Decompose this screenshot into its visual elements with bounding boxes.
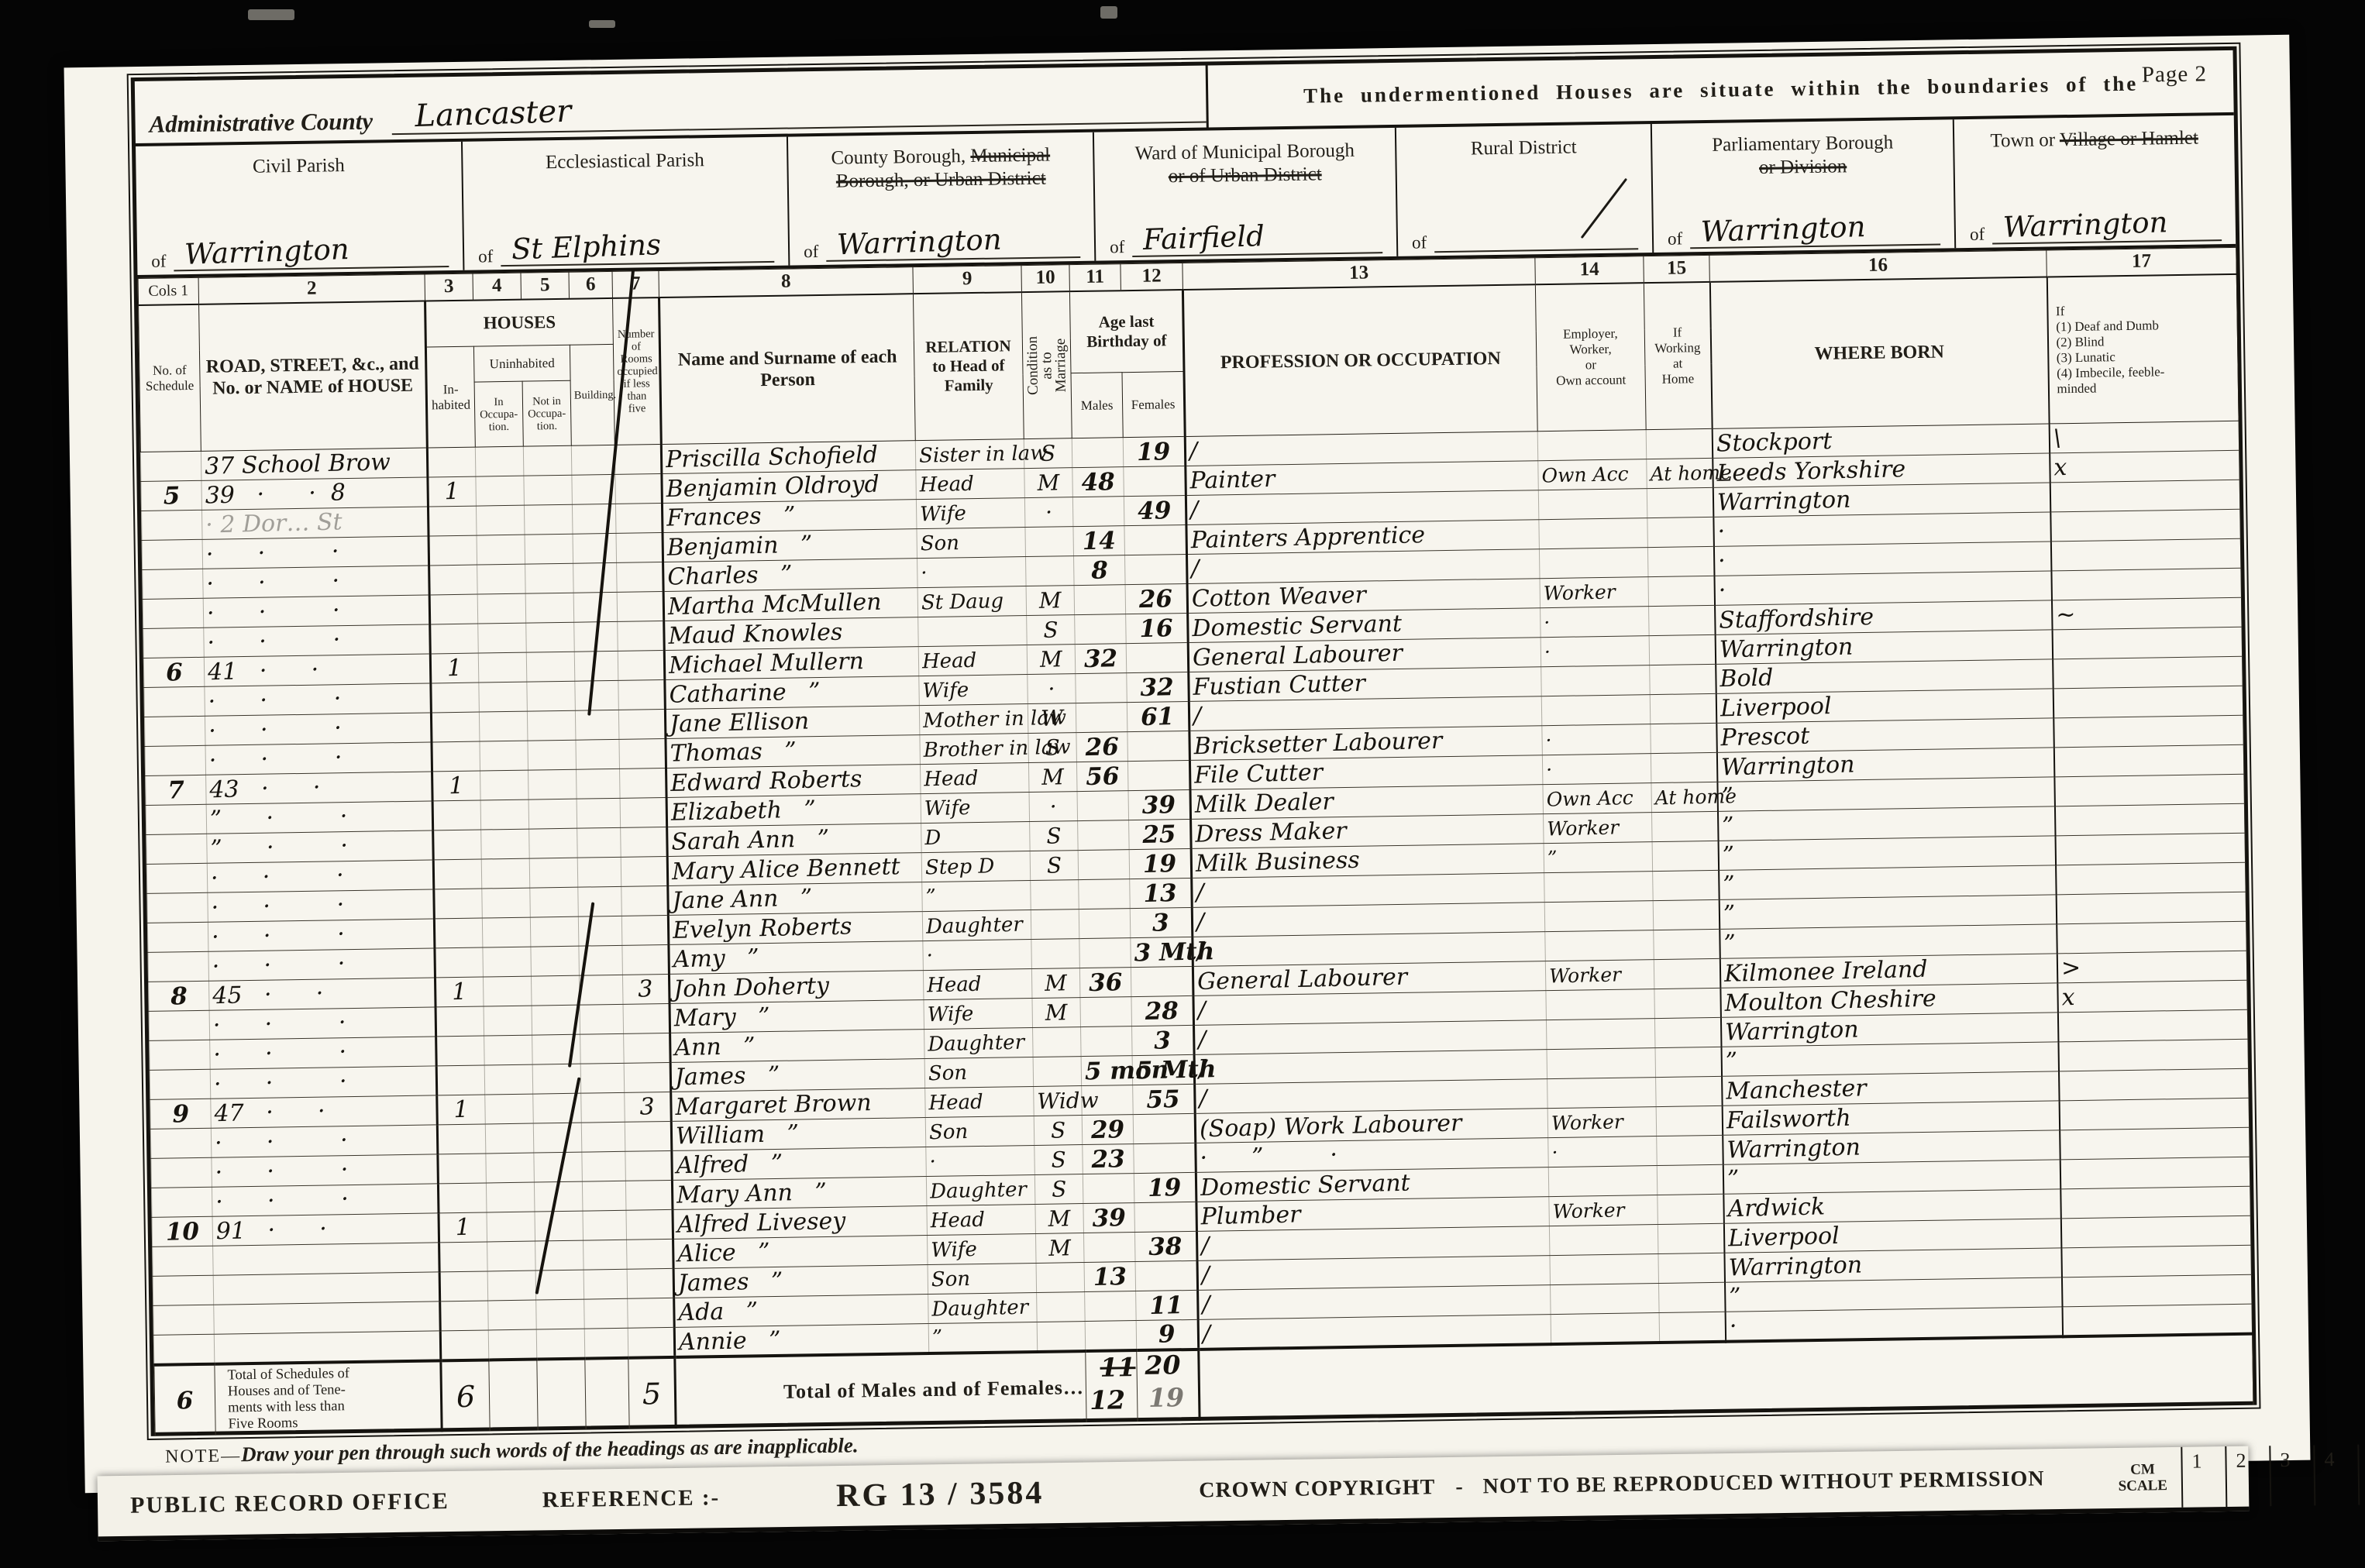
cell-age_m [1076,673,1127,703]
cell-name: Alfred Livesey [673,1206,928,1240]
cell-rooms [628,1327,675,1357]
cell-name: Sarah Ann ” [667,824,922,857]
cell-rooms [615,504,663,534]
cell-road: 41 · · [204,654,431,686]
cell-not_occ [525,534,573,564]
cell-home [1649,605,1716,635]
cell-sched: 9 [150,1099,212,1129]
cell-sched [143,598,204,628]
cell-not_occ [526,622,575,652]
cell-sched [147,892,208,923]
cell-born: Liverpool [1723,1219,2061,1253]
district-box-title: Town or Village or Hamlet [1954,126,2234,153]
cell-home [1658,1253,1725,1283]
district-box-title: Rural District [1396,135,1651,162]
cell-age_m [1078,820,1130,851]
cell-born: Prescot [1716,718,2054,752]
cell-in_occ [480,741,528,771]
cell-building [583,1210,627,1240]
cell-infirm [2056,892,2246,924]
cell-occ: / [1198,1315,1551,1350]
cell-road: 47 · · [211,1095,438,1128]
cell-born: Failsworth [1722,1101,2060,1135]
cell-in_occ [487,1212,535,1242]
cell-relation: Brother in law [920,734,1029,765]
cell-rooms [626,1209,673,1240]
cell-age_f: 9 [1136,1319,1199,1350]
col-header-where-born: WHERE BORN [1709,277,2049,428]
cell-name: Frances ” [662,500,917,533]
cell-age_m [1079,879,1131,910]
cell-building [571,445,615,475]
entries: 37 School BrowPriscilla SchofieldSister … [140,421,2252,1365]
cell-age_m [1079,938,1131,968]
cell-in_occ [486,1153,535,1183]
cell-infirm [2059,1098,2250,1130]
cell-infirm: > [2057,951,2247,983]
cell-sched [153,1334,215,1365]
cell-emp: Worker [1544,813,1653,844]
cell-building [580,1033,625,1064]
cell-born: ” [1719,895,2057,929]
cell-born: Manchester [1722,1071,2060,1106]
cell-rooms [624,1033,671,1063]
cell-infirm [2056,862,2246,895]
cell-emp [1541,695,1651,726]
cell-home [1651,811,1718,841]
cell-cond: S [1034,1116,1083,1146]
cell-rooms [624,1062,671,1092]
cell-in_occ [488,1300,537,1330]
reference-number: RG 13 / 3584 [836,1474,1045,1515]
record-office-label: PUBLIC RECORD OFFICE [130,1488,449,1519]
cell-in_occ [481,829,530,859]
of-label: of [1970,225,1985,245]
cell-infirm: x [2050,450,2240,483]
cell-age_f [1133,1113,1196,1143]
cell-in_occ [479,711,528,741]
cell-road: ” · · [206,801,433,834]
totals-houses-label: Total of Schedules of Houses and of Tene… [215,1360,442,1435]
cell-building [581,1122,625,1152]
cell-relation: Head [927,1204,1036,1235]
cell-infirm [2050,538,2241,571]
cell-rooms [617,592,664,622]
cell-in_occ [476,505,525,535]
cell-infirm [2060,1127,2250,1160]
cell-not_occ [527,710,576,741]
cell-name: Elizabeth ” [666,794,921,827]
cell-cond: M [1026,586,1075,616]
cell-born: Leeds Yorkshire [1713,453,2050,487]
cell-road: · · · [205,713,432,745]
cell-in_occ [485,1123,534,1154]
col-header-name: Name and Surname of each Person [659,294,915,445]
cell-sched [144,716,205,746]
cell-road: · 2 Dor… St [201,507,429,539]
cell-born: Warrington [1716,748,2054,782]
cell-inhab [437,1124,486,1154]
cell-sched [145,745,206,775]
cell-infirm [2057,1009,2248,1042]
cell-name: Benjamin ” [663,529,917,562]
cell-road: ” · · [207,830,434,863]
cell-in_occ [476,476,525,506]
cell-not_occ [525,593,574,623]
cell-in_occ [478,623,527,653]
column-number: 9 [913,266,1021,294]
cell-road [213,1243,440,1275]
cell-age_m [1072,497,1124,527]
cell-infirm [2054,774,2245,806]
cell-name: Margaret Brown [671,1088,926,1122]
cell-name: Priscilla Schofield [661,441,916,474]
film-speck [589,20,615,28]
district-box-title: County Borough, MunicipalBorough, or Urb… [788,143,1093,194]
cell-sched [143,569,204,599]
cell-age_f [1134,1143,1196,1173]
cell-sched [147,922,208,952]
cell-emp [1549,1225,1658,1256]
cell-emp [1546,989,1655,1020]
district-box-value: Warrington [174,232,350,271]
cell-cond [1037,1322,1086,1352]
col-header-schedule: No. of Schedule [139,304,201,452]
cell-born: Staffordshire [1715,600,2053,634]
cell-home [1648,576,1715,606]
col-header-not-in-occupation: Not in Occupa- tion. [522,380,571,446]
district-box-title: Ecclesiastical Parish [463,148,787,176]
cell-born: · [1713,542,2051,576]
cell-cond: S [1034,1145,1083,1175]
cell-emp: · [1541,636,1650,667]
cell-cond: S [1030,821,1079,851]
cell-sched [143,628,205,658]
cell-name: Ann ” [670,1030,925,1063]
cell-road: · · · [205,742,432,775]
cell-age_f [1135,1260,1198,1291]
cell-road: · · · [207,860,434,892]
cell-age_m: 48 [1072,467,1124,497]
cell-emp: Own Acc [1543,783,1652,814]
cell-not_occ [535,1270,584,1300]
cell-name: Annie ” [674,1324,929,1357]
cell-home [1650,664,1716,694]
cell-relation: · [926,1145,1035,1176]
cell-age_f: 61 [1127,701,1189,731]
cell-age_f: 38 [1134,1231,1197,1261]
cell-road: 91 · · [212,1213,439,1246]
cell-age_f: 49 [1124,495,1186,525]
cell-inhab [429,565,478,595]
administrative-county-value: Lancaster [391,94,571,135]
cell-building [576,739,620,769]
cell-infirm [2053,715,2244,748]
cell-home [1658,1194,1724,1224]
cell-not_occ [531,946,580,976]
cell-emp [1548,1166,1658,1197]
cell-cond [1025,527,1074,557]
cell-in_occ [484,1035,533,1065]
cell-not_occ [535,1211,584,1241]
cell-born: Warrington [1724,1248,2062,1282]
cell-inhab [438,1183,487,1213]
cell-name: Ada ” [674,1295,929,1328]
cell-age_m: 26 [1076,732,1128,762]
cell-inhab: 1 [439,1212,487,1243]
col-header-relation: RELATION to Head of Family [913,292,1024,441]
cell-relation: Daughter [924,1027,1034,1058]
cell-age_f: 5 Mth [1132,1054,1195,1085]
census-form: Administrative County Lancaster The unde… [131,46,2257,1436]
cell-name: Catharine ” [665,676,920,710]
cell-relation: ” [928,1322,1038,1353]
cell-road: · · · [203,566,430,598]
cell-not_occ [529,858,578,888]
cell-sched: 6 [143,657,205,687]
cell-age_f [1124,466,1186,496]
cell-relation: Son [928,1263,1037,1294]
cell-born: Kilmonee Ireland [1720,954,2057,988]
col-header-females: Females [1122,372,1185,438]
cell-home [1656,1106,1723,1136]
cell-relation: Wife [924,999,1033,1030]
cell-age_f [1127,760,1190,790]
cell-age_f: 3 [1130,907,1193,937]
cell-cond: S [1027,615,1076,645]
cell-home [1654,958,1720,989]
cell-home: At home [1651,782,1718,812]
cell-inhab: 1 [437,1095,486,1125]
cell-building [584,1240,628,1270]
cell-inhab [436,1036,485,1066]
cell-age_m [1085,1321,1137,1351]
cell-relation: Wife [916,498,1025,529]
cell-born: Warrington [1720,1013,2058,1047]
col-header-males: Males [1071,373,1123,438]
col-header-age: Age last Birthday of [1069,290,1184,373]
cell-home [1656,1076,1723,1106]
census-page: Administrative County Lancaster The unde… [64,35,2311,1493]
administrative-county-label: Administrative County [149,108,373,139]
cell-cond: Widw [1034,1086,1083,1116]
cell-age_f: 25 [1129,819,1192,849]
cell-not_occ [536,1329,585,1359]
cell-home [1647,517,1714,547]
cell-name: William ” [671,1118,926,1151]
cell-road: 45 · · [209,978,436,1010]
district-box-value: St Elphins [501,228,662,266]
cell-inhab [436,1065,485,1095]
cell-infirm [2062,1304,2253,1336]
cell-cond: · [1029,792,1078,822]
cell-road: · · · [212,1154,439,1187]
cell-sched: 8 [149,981,210,1011]
reproduction-notice: NOT TO BE REPRODUCED WITHOUT PERMISSION [1482,1467,2044,1499]
cell-in_occ [484,1006,532,1036]
cell-infirm [2053,686,2243,718]
cell-home [1652,841,1719,871]
column-number: 14 [1535,256,1644,284]
cell-relation: · [923,940,1032,971]
census-table: Cols 1234567891011121314151617 No. of Sc… [138,247,2254,1436]
cell-rooms [617,562,664,593]
cell-name: Mary ” [670,1000,924,1033]
of-label: of [804,242,819,262]
cell-age_m [1083,1233,1135,1263]
cell-in_occ [475,446,524,476]
cell-cond: · [1024,497,1073,528]
cell-sched [146,863,208,893]
cell-building [575,680,619,710]
of-label: of [1110,237,1125,257]
cell-rooms [621,856,668,886]
cell-in_occ [480,770,529,800]
cell-relation: Wife [927,1233,1036,1264]
cell-cond: M [1035,1204,1084,1234]
cell-emp [1537,430,1647,461]
cell-in_occ [477,593,526,624]
cell-sched [151,1187,212,1217]
cell-born: ” [1718,836,2056,870]
cell-born: ” [1717,777,2055,811]
cell-inhab [433,859,482,889]
cell-age_m: 39 [1083,1203,1135,1233]
cell-cond: M [1027,645,1076,675]
cell-age_m [1074,585,1126,615]
col-header-inhabited: In- habited [425,346,475,448]
cell-not_occ [524,475,573,505]
cell-age_f: 19 [1134,1172,1196,1202]
col-header-in-occupation: In Occupa- tion. [474,381,523,447]
cell-sched [151,1157,212,1188]
cell-cond: M [1035,1233,1084,1264]
cell-age_m [1080,997,1132,1027]
cell-sched [142,510,203,540]
cell-name: Evelyn Roberts [668,912,923,945]
cell-sched [150,1040,211,1070]
cell-name: Benjamin Oldroyd [662,470,917,504]
col-header-rooms: Number of Rooms occupied if less than fi… [612,297,661,445]
column-number: 17 [2047,247,2236,277]
cell-rooms [620,768,667,798]
cell-rooms [623,1003,670,1033]
cell-emp [1546,1019,1655,1050]
cell-rooms [614,445,662,475]
cell-born: Ardwick [1723,1189,2061,1223]
cell-age_m [1081,1026,1133,1057]
cell-infirm [2055,833,2246,865]
cell-building [577,769,621,799]
cell-cond [1026,556,1075,586]
cell-road: · · · [211,1125,438,1157]
cell-inhab [434,889,483,919]
cell-home [1651,723,1717,753]
cell-age_m: 29 [1082,1115,1134,1145]
cell-sched [140,451,201,481]
cell-building [577,827,621,858]
cell-name: Jane Ann ” [668,882,923,916]
totals-females: 20 19 [1137,1350,1200,1422]
cell-building [577,857,621,887]
note-text: Draw your pen through such words of the … [241,1433,859,1466]
district-box-value: Fairfield [1131,219,1265,256]
cell-rooms [627,1239,674,1269]
cell-age_f: 39 [1128,789,1191,820]
cell-emp [1550,1254,1659,1285]
cell-infirm [2054,803,2245,836]
cell-age_f: 26 [1125,583,1188,614]
cell-age_f [1126,642,1189,672]
cell-age_m [1076,703,1127,733]
col-header-condition: Condition as to Marriage [1021,291,1072,439]
district-box-civil-parish: Civil ParishofWarrington [136,142,463,275]
col-header-profession: PROFESSION OR OCCUPATION [1182,284,1537,437]
cell-age_m: 8 [1074,555,1126,586]
cell-home [1646,428,1713,459]
cell-age_m [1083,1174,1134,1204]
cell-infirm [2051,568,2242,600]
cell-emp [1541,665,1651,696]
cell-age_m [1079,909,1131,939]
cell-cond [1037,1292,1086,1322]
cell-road: · · · [208,948,435,981]
cell-emp: Own Acc [1538,459,1647,490]
cell-road: · · · [205,683,432,716]
cell-age_m: 13 [1084,1262,1136,1292]
cell-infirm [2053,656,2243,689]
cell-age_f: 13 [1130,878,1193,908]
cell-age_f: 32 [1127,672,1189,702]
cell-emp [1539,548,1648,579]
cell-cond: M [1032,998,1081,1028]
col-header-uninhabited: Uninhabited [473,345,570,382]
cell-relation: Head [918,645,1028,676]
cell-in_occ [484,1064,533,1095]
cell-rooms [625,1180,673,1210]
cell-inhab [432,741,480,772]
cell-rooms [619,738,666,769]
cell-in_occ [482,888,531,918]
cell-in_occ [477,564,526,594]
cell-inhab [440,1301,489,1331]
cell-building [582,1151,626,1181]
cell-building [579,975,623,1005]
cell-in_occ [483,947,532,977]
cell-building [581,1092,625,1123]
cell-road: · · · [210,1066,437,1099]
cell-cond: S [1030,851,1079,881]
cell-name: Jane Ellison [665,706,920,739]
column-number: 5 [521,272,569,299]
cell-road: · · · [208,889,435,922]
cell-born: ” [1717,806,2055,841]
cell-relation: Wife [919,675,1028,706]
cell-infirm [2060,1157,2250,1189]
cell-in_occ [485,1094,534,1124]
cell-infirm [2053,744,2244,777]
cell-inhab [428,506,477,536]
cell-in_occ [481,858,530,889]
film-speck [248,9,294,20]
cell-home [1659,1312,1726,1343]
of-label: of [151,251,167,271]
cell-inhab [434,918,483,948]
cell-cond [1031,910,1079,940]
cell-not_occ [525,563,574,593]
cell-age_f: 3 Mth [1131,937,1193,967]
cell-relation: D [921,822,1031,853]
